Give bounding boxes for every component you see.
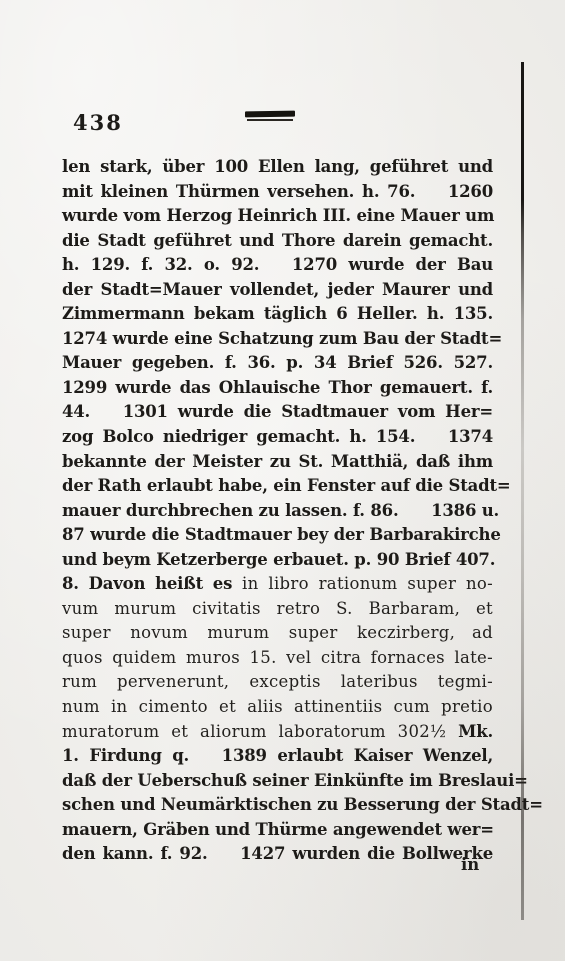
- page-number: 438: [73, 110, 123, 135]
- body-text: len stark, über 100 Ellen lang, geführet…: [62, 155, 493, 867]
- text-line: mauer durchbrechen zu lassen. f. 86. 138…: [62, 499, 493, 524]
- text-line: der Stadt=Mauer vollendet, jeder Maurer …: [62, 278, 493, 303]
- text-line: h. 129. f. 32. o. 92. 1270 wurde der Bau: [62, 253, 493, 278]
- text-line: num in cimento et aliis attinentiis cum …: [62, 695, 493, 720]
- text-line: 1. Firdung q. 1389 erlaubt Kaiser Wenzel…: [62, 744, 493, 769]
- text-line: mit kleinen Thürmen versehen. h. 76. 126…: [62, 180, 493, 205]
- text-line: und beym Ketzerberge erbauet. p. 90 Brie…: [62, 548, 493, 573]
- ornament-thick-rule: [245, 111, 295, 118]
- text-line: der Rath erlaubt habe, ein Fenster auf d…: [62, 474, 493, 499]
- text-line: rum pervenerunt, exceptis lateribus tegm…: [62, 670, 493, 695]
- text-line: 1274 wurde eine Schatzung zum Bau der St…: [62, 327, 493, 352]
- text-line: Mauer gegeben. f. 36. p. 34 Brief 526. 5…: [62, 351, 493, 376]
- text-line: die Stadt geführet und Thore darein gema…: [62, 229, 493, 254]
- text-line: 44. 1301 wurde die Stadtmauer vom Her=: [62, 400, 493, 425]
- text-line: muratorum et aliorum laboratorum 302½ Mk…: [62, 720, 493, 745]
- text-line: vum murum civitatis retro S. Barbaram, e…: [62, 597, 493, 622]
- ornament-thin-rule: [247, 119, 293, 121]
- text-line: zog Bolco niedriger gemacht. h. 154. 137…: [62, 425, 493, 450]
- text-line: mauern, Gräben und Thürme angewendet wer…: [62, 818, 493, 843]
- text-line: 8. Davon heißt es in libro rationum supe…: [62, 572, 493, 597]
- scan-edge-artifact: [521, 62, 524, 920]
- text-line: super novum murum super keczirberg, ad: [62, 621, 493, 646]
- text-line: len stark, über 100 Ellen lang, geführet…: [62, 155, 493, 180]
- text-line: daß der Ueberschuß seiner Einkünfte im B…: [62, 769, 493, 794]
- book-page: 438 len stark, über 100 Ellen lang, gefü…: [0, 0, 565, 961]
- text-segment-antiqua: in libro rationum super no-: [242, 574, 493, 593]
- text-segment-fraktur: 8. Davon heißt es: [62, 574, 242, 593]
- text-line: den kann. f. 92. 1427 wurden die Bollwer…: [62, 842, 493, 867]
- text-line: quos quidem muros 15. vel citra fornaces…: [62, 646, 493, 671]
- text-line: 1299 wurde das Ohlauische Thor gemauert.…: [62, 376, 493, 401]
- text-segment-antiqua: muratorum et aliorum laboratorum 302½: [62, 722, 458, 741]
- text-line: Zimmermann bekam täglich 6 Heller. h. 13…: [62, 302, 493, 327]
- text-line: wurde vom Herzog Heinrich III. eine Maue…: [62, 204, 493, 229]
- section-divider-ornament: [245, 111, 295, 121]
- text-line: schen und Neumärktischen zu Besserung de…: [62, 793, 493, 818]
- text-segment-fraktur: Mk.: [458, 722, 493, 741]
- text-line: 87 wurde die Stadtmauer bey der Barbarak…: [62, 523, 493, 548]
- catchword: in: [461, 855, 479, 874]
- text-line: bekannte der Meister zu St. Matthiä, daß…: [62, 450, 493, 475]
